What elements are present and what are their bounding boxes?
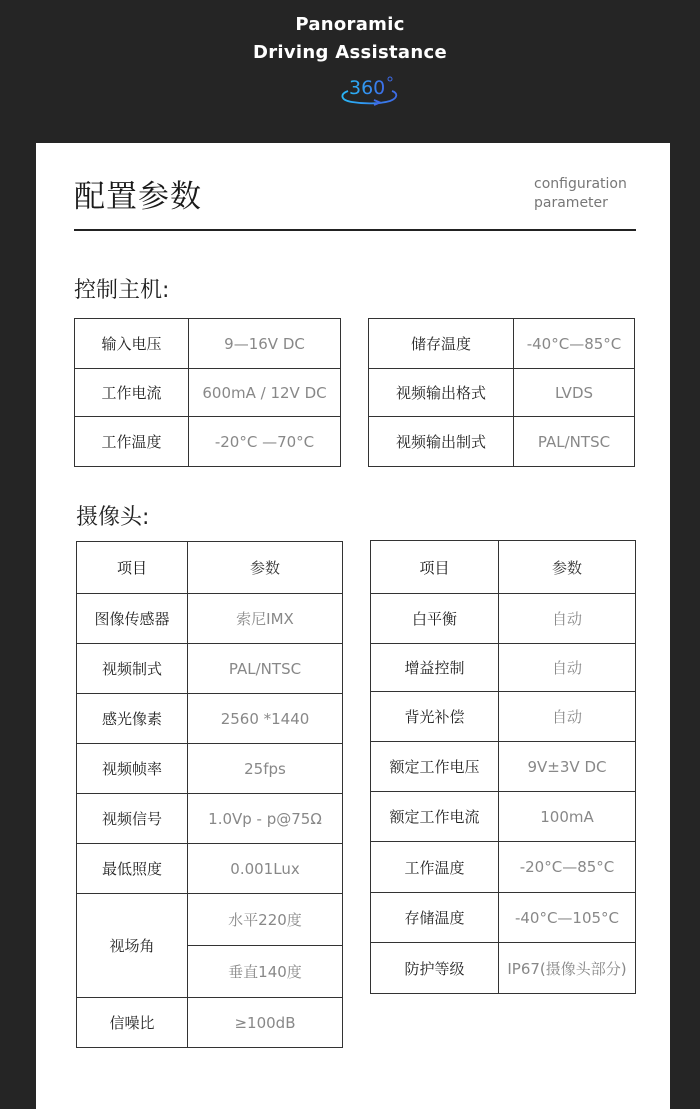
spec-label: 白平衡 bbox=[371, 594, 499, 644]
table-row: 视频帧率 25fps bbox=[77, 744, 343, 794]
table-row: 图像传感器 索尼IMX bbox=[77, 594, 343, 644]
360-logo-icon: 360 bbox=[338, 74, 402, 108]
table-header-row: 项目 参数 bbox=[371, 541, 636, 594]
spec-label: 视频制式 bbox=[77, 644, 188, 694]
spec-value: 0.001Lux bbox=[188, 844, 343, 894]
table-row: 工作温度 -20°C—85°C bbox=[371, 842, 636, 893]
spec-value: PAL/NTSC bbox=[188, 644, 343, 694]
spec-label: 图像传感器 bbox=[77, 594, 188, 644]
spec-value: -40°C—85°C bbox=[514, 319, 635, 369]
hero-title-line2: Driving Assistance bbox=[0, 42, 700, 63]
table-row: 感光像素 2560 *1440 bbox=[77, 694, 343, 744]
table-row: 储存温度 -40°C—85°C bbox=[369, 319, 635, 369]
header-item: 项目 bbox=[371, 541, 499, 594]
spec-label: 工作温度 bbox=[371, 842, 499, 893]
page-subtitle: configuration parameter bbox=[534, 175, 627, 213]
spec-label: 背光补偿 bbox=[371, 692, 499, 742]
spec-value: 自动 bbox=[499, 594, 636, 644]
table-row: 背光补偿 自动 bbox=[371, 692, 636, 742]
spec-label: 防护等级 bbox=[371, 943, 499, 994]
spec-value: 2560 *1440 bbox=[188, 694, 343, 744]
spec-label: 感光像素 bbox=[77, 694, 188, 744]
camera-table-left: 项目 参数 图像传感器 索尼IMX 视频制式 PAL/NTSC 感光像素 256… bbox=[76, 541, 343, 1048]
section-title-control-unit: 控制主机: bbox=[74, 273, 169, 304]
spec-value: PAL/NTSC bbox=[514, 417, 635, 467]
spec-label: 视频输出制式 bbox=[369, 417, 514, 467]
table-row: 视频信号 1.0Vp - p@75Ω bbox=[77, 794, 343, 844]
spec-value: 600mA / 12V DC bbox=[189, 369, 341, 417]
spec-card: 配置参数 configuration parameter 控制主机: 输入电压 … bbox=[36, 143, 670, 1109]
section-title-camera: 摄像头: bbox=[76, 500, 149, 531]
spec-value: -20°C —70°C bbox=[189, 417, 341, 467]
table-row: 视频制式 PAL/NTSC bbox=[77, 644, 343, 694]
spec-label: 输入电压 bbox=[75, 319, 189, 369]
table-row: 信噪比 ≥100dB bbox=[77, 998, 343, 1048]
table-row: 额定工作电流 100mA bbox=[371, 792, 636, 842]
hero-title-line1: Panoramic bbox=[0, 14, 700, 35]
spec-value-horizontal: 水平220度 bbox=[188, 894, 343, 946]
spec-label: 增益控制 bbox=[371, 644, 499, 692]
spec-value: 索尼IMX bbox=[188, 594, 343, 644]
spec-value: 自动 bbox=[499, 692, 636, 742]
table-row: 视频输出格式 LVDS bbox=[369, 369, 635, 417]
spec-label: 存储温度 bbox=[371, 893, 499, 943]
table-row: 增益控制 自动 bbox=[371, 644, 636, 692]
control-unit-table-right: 储存温度 -40°C—85°C 视频输出格式 LVDS 视频输出制式 PAL/N… bbox=[368, 318, 635, 467]
spec-value: 1.0Vp - p@75Ω bbox=[188, 794, 343, 844]
spec-label: 最低照度 bbox=[77, 844, 188, 894]
control-unit-table-left: 输入电压 9—16V DC 工作电流 600mA / 12V DC 工作温度 -… bbox=[74, 318, 341, 467]
spec-value: 自动 bbox=[499, 644, 636, 692]
table-row: 视场角 水平220度 bbox=[77, 894, 343, 946]
table-row: 工作温度 -20°C —70°C bbox=[75, 417, 341, 467]
table-row: 白平衡 自动 bbox=[371, 594, 636, 644]
header-item: 项目 bbox=[77, 542, 188, 594]
spec-value: LVDS bbox=[514, 369, 635, 417]
table-row: 视频输出制式 PAL/NTSC bbox=[369, 417, 635, 467]
table-row: 存储温度 -40°C—105°C bbox=[371, 893, 636, 943]
spec-value: 100mA bbox=[499, 792, 636, 842]
spec-label: 额定工作电流 bbox=[371, 792, 499, 842]
camera-table-right: 项目 参数 白平衡 自动 增益控制 自动 背光补偿 自动 额定工作电压 9V±3… bbox=[370, 540, 636, 994]
table-row: 最低照度 0.001Lux bbox=[77, 844, 343, 894]
subtitle-line2: parameter bbox=[534, 194, 627, 213]
spec-value: IP67(摄像头部分) bbox=[499, 943, 636, 994]
page-title: 配置参数 bbox=[74, 171, 202, 216]
hero-banner: Panoramic Driving Assistance 360 bbox=[0, 0, 700, 143]
spec-value-vertical: 垂直140度 bbox=[188, 946, 343, 998]
spec-label: 额定工作电压 bbox=[371, 742, 499, 792]
spec-label: 视场角 bbox=[77, 894, 188, 998]
header-param: 参数 bbox=[188, 542, 343, 594]
spec-value: -20°C—85°C bbox=[499, 842, 636, 893]
table-row: 防护等级 IP67(摄像头部分) bbox=[371, 943, 636, 994]
table-row: 输入电压 9—16V DC bbox=[75, 319, 341, 369]
table-row: 工作电流 600mA / 12V DC bbox=[75, 369, 341, 417]
spec-value: 9—16V DC bbox=[189, 319, 341, 369]
spec-label: 视频信号 bbox=[77, 794, 188, 844]
spec-label: 视频输出格式 bbox=[369, 369, 514, 417]
spec-value: 9V±3V DC bbox=[499, 742, 636, 792]
spec-label: 工作温度 bbox=[75, 417, 189, 467]
svg-text:360: 360 bbox=[349, 77, 385, 99]
spec-value: 25fps bbox=[188, 744, 343, 794]
title-divider bbox=[74, 229, 636, 231]
spec-value: ≥100dB bbox=[188, 998, 343, 1048]
table-header-row: 项目 参数 bbox=[77, 542, 343, 594]
spec-label: 视频帧率 bbox=[77, 744, 188, 794]
header-param: 参数 bbox=[499, 541, 636, 594]
spec-label: 信噪比 bbox=[77, 998, 188, 1048]
spec-label: 储存温度 bbox=[369, 319, 514, 369]
subtitle-line1: configuration bbox=[534, 175, 627, 194]
spec-value: -40°C—105°C bbox=[499, 893, 636, 943]
table-row: 额定工作电压 9V±3V DC bbox=[371, 742, 636, 792]
spec-label: 工作电流 bbox=[75, 369, 189, 417]
